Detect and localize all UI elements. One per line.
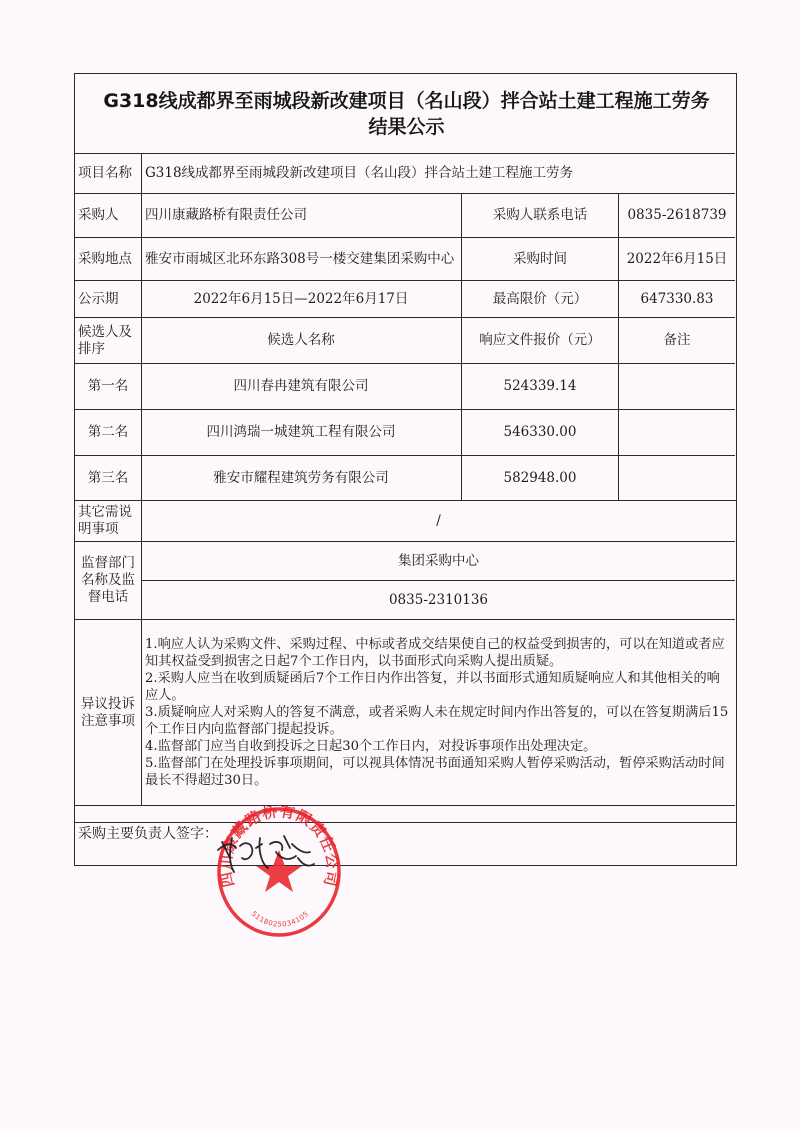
svg-text:5118025034105: 5118025034105 — [250, 910, 311, 929]
candidate-remark — [619, 456, 735, 500]
project-name-label: 项目名称 — [75, 154, 141, 193]
supervision-department: 集团采购中心 — [142, 542, 735, 580]
max-price-value: 647330.83 — [619, 281, 735, 317]
candidate-remark — [619, 410, 735, 455]
candidate-remark-header: 备注 — [619, 318, 735, 363]
objection-item: 4.监督部门应当自收到投诉之日起30个工作日内，对投诉事项作出处理决定。 — [145, 738, 596, 755]
candidate-rank-header: 候选人及排序 — [75, 318, 141, 363]
objection-item: 5.监督部门在处理投诉事项期间，可以视具体情况书面通知采购人暂停采购活动，暂停采… — [145, 755, 731, 789]
candidate-price: 546330.00 — [462, 410, 618, 455]
supervision-label: 监督部门名称及监督电话 — [75, 542, 141, 619]
objection-item: 3.质疑响应人对采购人的答复不满意，或者采购人未在规定时间内作出答复的，可以在答… — [145, 704, 731, 738]
candidate-rank: 第二名 — [75, 410, 141, 455]
purchaser-value: 四川康藏路桥有限责任公司 — [142, 194, 460, 237]
candidate-name-header: 候选人名称 — [142, 318, 460, 363]
purchaser-phone-label: 采购人联系电话 — [462, 194, 618, 237]
candidate-rank: 第三名 — [75, 456, 141, 500]
project-name-value: G318线成都界至雨城段新改建项目（名山段）拌合站土建工程施工劳务 — [142, 154, 734, 193]
publicity-value: 2022年6月15日—2022年6月17日 — [142, 281, 460, 317]
purchase-time-label: 采购时间 — [462, 238, 618, 280]
candidate-rank: 第一名 — [75, 364, 141, 409]
signature-row: 采购主要负责人签字： — [74, 804, 737, 866]
purchase-time-value: 2022年6月15日 — [619, 238, 735, 280]
objection-item: 2.采购人应当在收到质疑函后7个工作日内作出答复，并以书面形式通知质疑响应人和其… — [145, 670, 731, 704]
title-line-2: 结果公示 — [368, 114, 444, 140]
purchaser-label: 采购人 — [75, 194, 141, 237]
candidate-price-header: 响应文件报价（元） — [462, 318, 618, 363]
other-notes-value: / — [142, 501, 735, 541]
notice-table: 其它需说明事项 / 监督部门名称及监督电话 集团采购中心 0835-231013… — [74, 500, 737, 823]
candidate-name: 四川鸿瑞一城建筑工程有限公司 — [142, 410, 460, 455]
candidate-price: 524339.14 — [462, 364, 618, 409]
document-page: G318线成都界至雨城段新改建项目（名山段）拌合站土建工程施工劳务 结果公示 项… — [0, 0, 800, 1131]
objection-item: 1.响应人认为采购文件、采购过程、中标或者成交结果使自己的权益受到损害的，可以在… — [145, 636, 731, 670]
candidate-price: 582948.00 — [462, 456, 618, 500]
document-title: G318线成都界至雨城段新改建项目（名山段）拌合站土建工程施工劳务 结果公示 — [75, 74, 738, 154]
location-value: 雅安市雨城区北环东路308号一楼交建集团采购中心 — [142, 238, 460, 280]
candidate-name: 四川春冉建筑有限公司 — [142, 364, 460, 409]
publicity-label: 公示期 — [75, 281, 141, 317]
title-line-1: G318线成都界至雨城段新改建项目（名山段）拌合站土建工程施工劳务 — [103, 88, 709, 114]
candidate-remark — [619, 364, 735, 409]
objection-content: 1.响应人认为采购文件、采购过程、中标或者成交结果使自己的权益受到损害的，可以在… — [142, 620, 735, 805]
supervision-phone: 0835-2310136 — [142, 581, 735, 619]
result-table: G318线成都界至雨城段新改建项目（名山段）拌合站土建工程施工劳务 结果公示 项… — [74, 73, 737, 501]
purchaser-phone-value: 0835-2618739 — [619, 194, 735, 237]
signature-label: 采购主要负责人签字： — [75, 804, 275, 864]
max-price-label: 最高限价（元） — [462, 281, 618, 317]
candidate-name: 雅安市耀程建筑劳务有限公司 — [142, 456, 460, 500]
objection-label: 异议投诉注意事项 — [75, 620, 141, 805]
location-label: 采购地点 — [75, 238, 141, 280]
other-notes-label: 其它需说明事项 — [75, 501, 141, 541]
